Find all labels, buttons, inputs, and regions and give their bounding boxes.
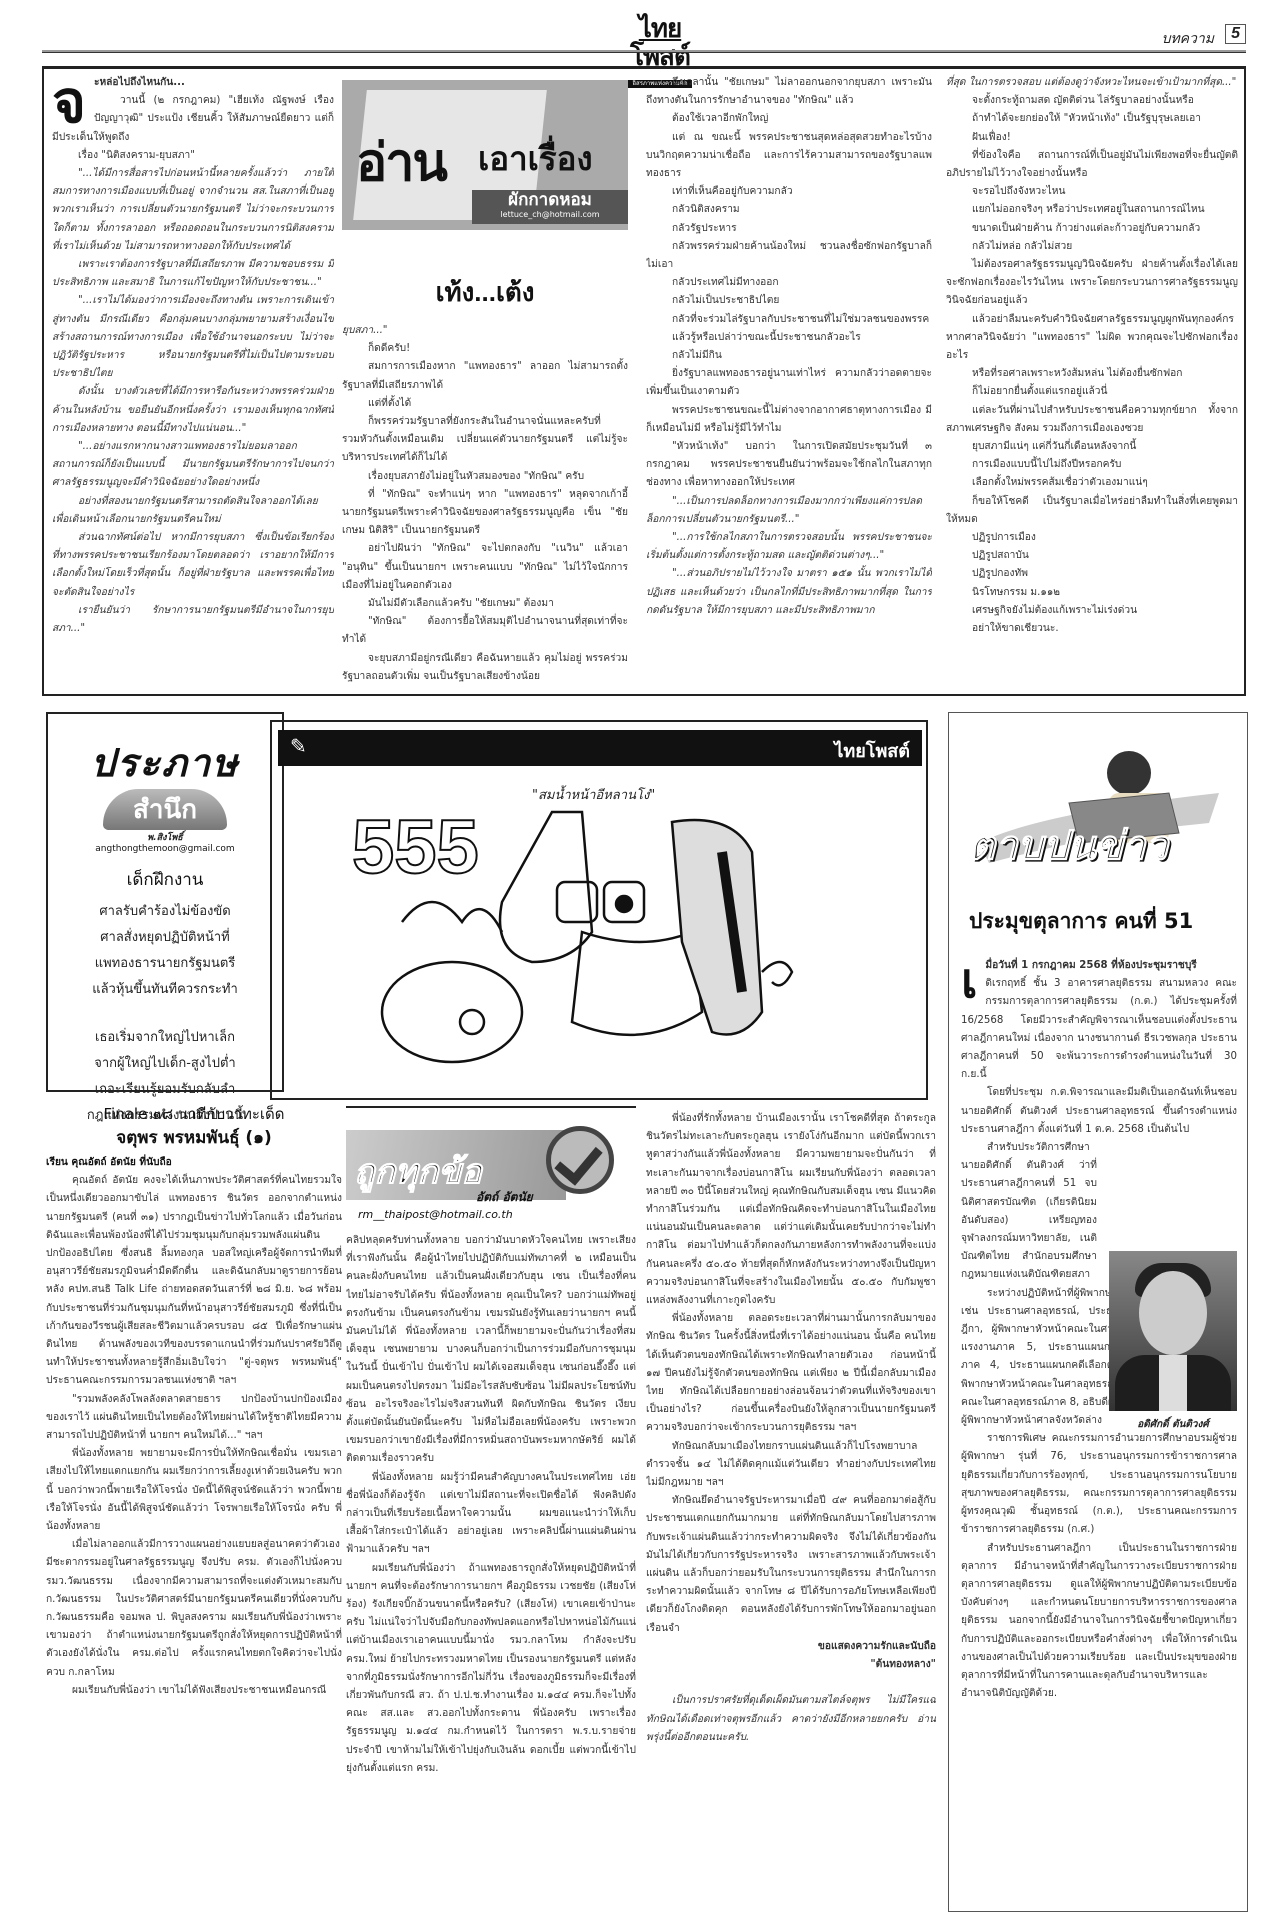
header-rule: [42, 50, 1246, 53]
masthead: ไทยโพสต์ อิสรภาพแห่งความคิด บทความ 5: [0, 0, 1286, 60]
news-column-box: ตาบปนข่าว ประมุขตุลาการ คนที่ 51 เ มื่อว…: [948, 712, 1248, 1912]
news-column-logo: ตาบปนข่าว: [969, 813, 1168, 877]
drop-cap: จ: [52, 76, 86, 128]
editor-reply: เป็นการปราศรัยที่ดุเด็ดเผ็ดมันตามสไตล์จต…: [646, 1692, 936, 1747]
column-text-c: ถึงเวลานั้น "ชัยเกษม" ไม่ลาออกนอกจากยุบส…: [646, 74, 932, 689]
poem-box: ประภาษ สำนึก พ.สิงโพธิ์ angthongthemoon@…: [46, 712, 284, 1092]
author-strip: ผักกาดหอม lettuce_ch@hotmail.com: [472, 190, 628, 224]
letter-text-b: คลิปหลุดครับท่านทั้งหลาย บอกว่ามันบาดหัว…: [346, 1232, 636, 1914]
cartoon-header-bar: ✎ ไทยโพสต์: [278, 730, 922, 766]
poem-title: เด็กฝึกงาน: [48, 866, 282, 893]
letter-headline: Finale ๑๘ นาทีกับวาทะเด็ด จตุพร พรหมพันธ…: [42, 1102, 346, 1150]
letter-signoff: ขอแสดงความรักและนับถือ: [646, 1638, 936, 1656]
divider: [346, 1106, 636, 1108]
letter-text-a: เรียน คุณอัตถ์ อัตนัย ที่นับถือ คุณอัตถ์…: [46, 1154, 342, 1914]
checkmark-icon: [546, 1126, 614, 1194]
column-logo-thuk-thuk-kho: ถูกทุกข้อ อัตถ์ อัตนัย rm__thaipost@hotm…: [346, 1116, 636, 1216]
section-label: บทความ: [1162, 28, 1214, 50]
news-headline: ประมุขตุลาการ คนที่ 51: [969, 905, 1193, 938]
portrait-photo: [1109, 1251, 1237, 1411]
editorial-cartoon: ✎ ไทยโพสต์ 555 "สมน้ำหน้าอีหลานโง่": [270, 720, 928, 1100]
poem-stanza-1: ศาลรับคำร้องไม่ข้องขัด ศาลสั่งหยุดปฏิบัต…: [48, 899, 282, 1003]
poem-column-logo: ประภาษ สำนึก พ.สิงโพธิ์: [48, 732, 282, 844]
newspaper-logo: ไทยโพสต์ อิสรภาพแห่งความคิด: [610, 14, 710, 50]
cartoonist-mascot-icon: ✎: [290, 734, 307, 758]
column-headline: เท้ง...เต้ง: [342, 272, 628, 313]
photo-caption: อดิศักดิ์ ตันติวงศ์: [1109, 1417, 1237, 1432]
cartoon-caption: "สมน้ำหน้าอีหลานโง่": [532, 784, 655, 805]
page-number: 5: [1225, 24, 1246, 44]
poem-email: angthongthemoon@gmail.com: [48, 844, 282, 854]
letter-text-c: พี่น้องที่รักทั้งหลาย บ้านเมืองเรานั้น เ…: [646, 1110, 936, 1910]
column-text-b: ยุบสภา..." ก็ดดีครับ! สมการการเมืองหาก "…: [342, 322, 628, 690]
letter-signature: "ต้นทองหลาง": [646, 1656, 936, 1674]
column-text-d: ที่สุด ในการตรวจสอบ แต่ต้องดูว่าจังหวะไห…: [946, 74, 1238, 689]
column-text-a: จ ะหล่อไปถึงไหนกัน... วานนี้ (๒ กรกฎาคม)…: [52, 74, 334, 689]
column-banner: อ่าน เอาเรื่อง ผักกาดหอม lettuce_ch@hotm…: [342, 80, 628, 230]
